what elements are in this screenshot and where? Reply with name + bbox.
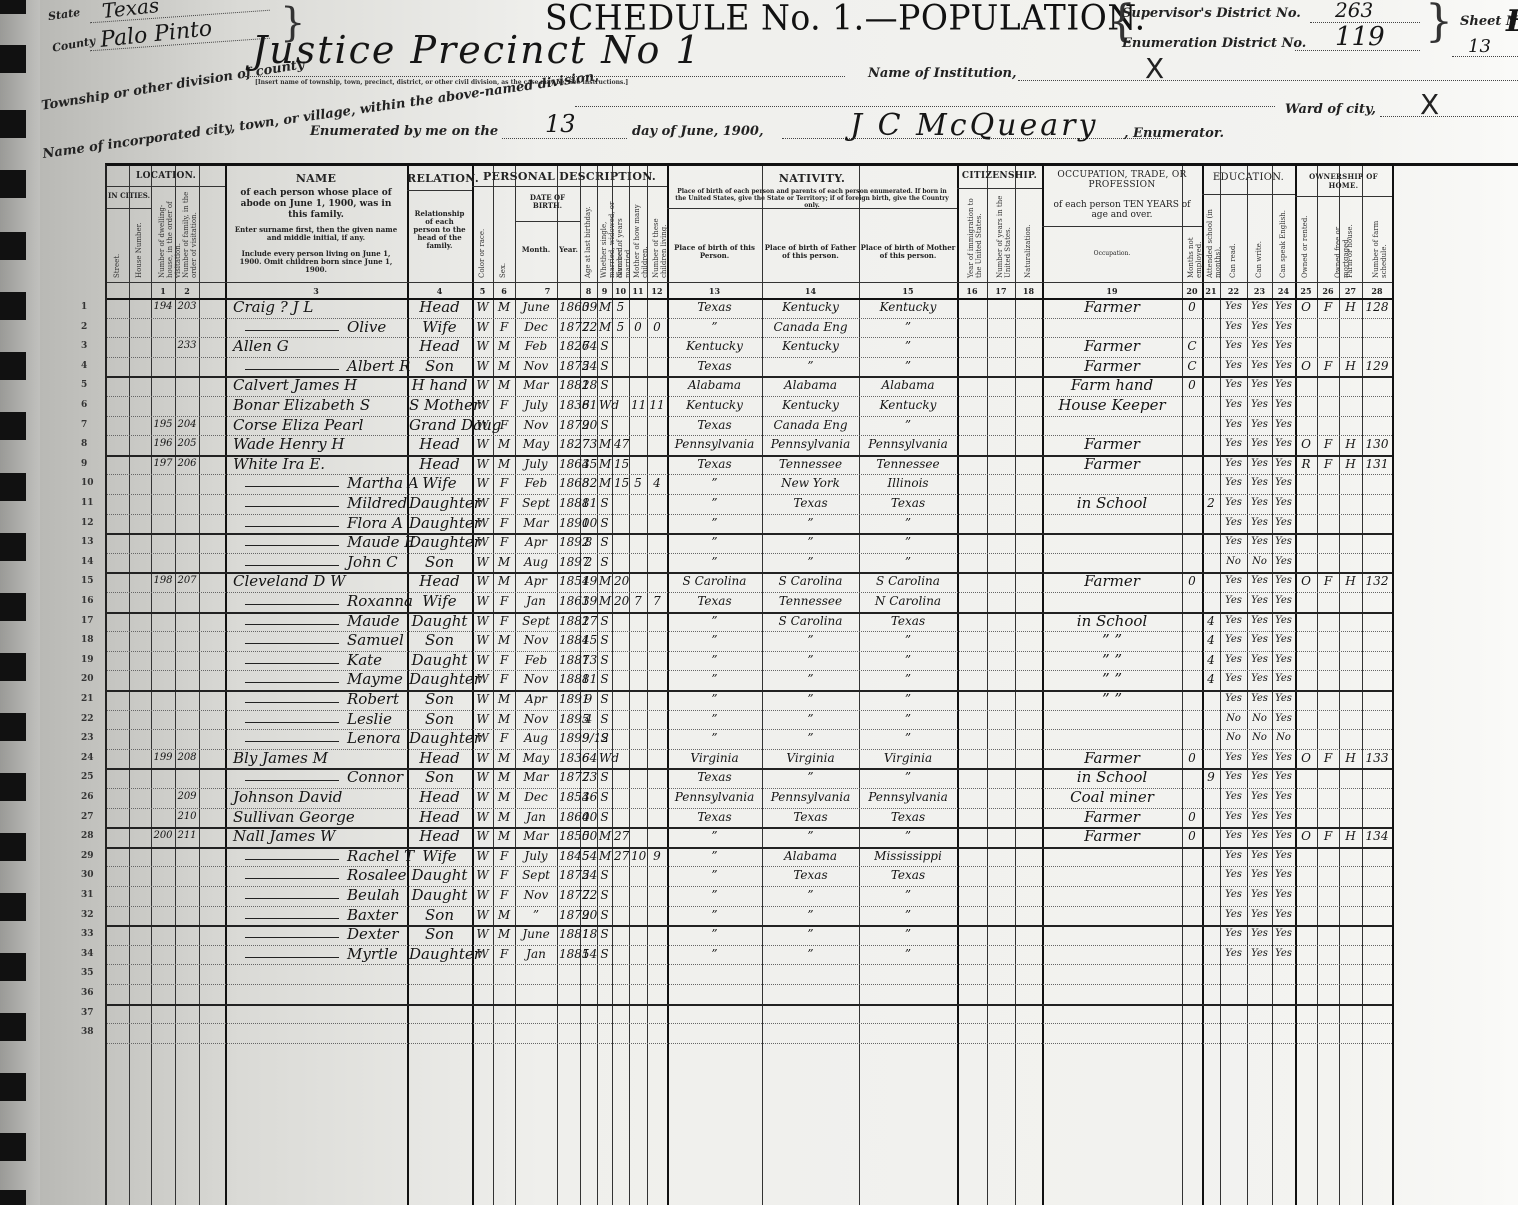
house-number-header: House Number. xyxy=(135,212,143,278)
birthplace-mother: Texas xyxy=(861,493,955,513)
sex: F xyxy=(495,650,513,670)
can-read: Yes xyxy=(1222,885,1245,905)
sprocket-hole xyxy=(0,45,26,73)
line-number: 10 xyxy=(81,478,94,488)
birthplace-mother: Alabama xyxy=(861,375,955,395)
birthplace-father: Canada Eng xyxy=(764,317,857,337)
color-race: W xyxy=(474,571,491,591)
nativity-header: NATIVITY. xyxy=(667,172,957,185)
occupation: Coal miner xyxy=(1044,787,1180,807)
color-race: W xyxy=(474,336,491,356)
ward-value: X xyxy=(1420,88,1439,121)
age-header: Age at last birthday. xyxy=(584,190,592,278)
can-read: Yes xyxy=(1222,532,1245,552)
owned-or-rented: O xyxy=(1297,356,1315,376)
birthplace-mother: ” xyxy=(861,709,955,729)
ward-line xyxy=(1380,116,1518,117)
birthplace-father: ” xyxy=(764,728,857,748)
age: 74 xyxy=(582,336,595,356)
dwelling-number-header: Number of dwelling-house, in the order o… xyxy=(158,190,182,278)
column-rule xyxy=(1272,166,1273,1205)
can-write: Yes xyxy=(1249,356,1270,376)
county-label: County xyxy=(51,34,96,54)
person-name: Beulah xyxy=(347,885,405,905)
line-number: 19 xyxy=(81,655,94,665)
can-write: Yes xyxy=(1249,473,1270,493)
column-number: 12 xyxy=(647,286,667,296)
can-read: Yes xyxy=(1222,493,1245,513)
relationship: Son xyxy=(409,709,470,729)
family-number: 203 xyxy=(177,297,197,317)
marital-status: S xyxy=(599,669,610,689)
can-write: Yes xyxy=(1249,317,1270,337)
column-number: 6 xyxy=(493,286,515,296)
birth-year: 1895 xyxy=(559,709,578,729)
age: 8 xyxy=(582,532,595,552)
group-rule xyxy=(1042,226,1202,227)
school-months: 2 xyxy=(1204,493,1218,513)
farm-or-house: H xyxy=(1341,297,1360,317)
birthplace-father: Tennessee xyxy=(764,591,857,611)
birth-year: 1860 xyxy=(559,297,578,317)
ditto-surname-dash xyxy=(245,369,339,370)
sprocket-hole xyxy=(0,1190,26,1205)
color-race: W xyxy=(474,356,491,376)
birthplace-mother: ” xyxy=(861,924,955,944)
person-name: Maude xyxy=(347,611,405,631)
relationship: Head xyxy=(409,787,470,807)
birthplace-father: Texas xyxy=(764,865,857,885)
person-name: White Ira E. xyxy=(233,454,405,474)
marital-status: S xyxy=(599,552,610,572)
sex: F xyxy=(495,944,513,964)
relationship: S Mother xyxy=(409,395,470,415)
birth-month: Jan xyxy=(517,591,555,611)
birthplace-person: Pennsylvania xyxy=(669,787,760,807)
can-write: Yes xyxy=(1249,591,1270,611)
ditto-surname-dash xyxy=(245,741,339,742)
birthplace-mother: ” xyxy=(861,356,955,376)
can-speak-english: Yes xyxy=(1274,571,1293,591)
birth-month: Dec xyxy=(517,317,555,337)
sex: F xyxy=(495,415,513,435)
can-read: Yes xyxy=(1222,415,1245,435)
age: 18 xyxy=(582,924,595,944)
birthplace-mother: ” xyxy=(861,767,955,787)
sprocket-hole xyxy=(0,232,26,260)
occupation: ” ” xyxy=(1044,650,1180,670)
column-rule xyxy=(1220,166,1221,1205)
farm-schedule-number: 131 xyxy=(1364,454,1390,474)
sex: F xyxy=(495,532,513,552)
can-read: No xyxy=(1222,552,1245,572)
school-months: 9 xyxy=(1204,767,1218,787)
birthplace-person: Virginia xyxy=(669,748,760,768)
birthplace-father: ” xyxy=(764,552,857,572)
column-rule xyxy=(1247,166,1248,1205)
can-speak-english: Yes xyxy=(1274,865,1293,885)
sprocket-hole xyxy=(0,1013,26,1041)
column-rule xyxy=(859,166,860,1205)
person-name: Flora A xyxy=(347,513,405,533)
birth-month: Nov xyxy=(517,356,555,376)
can-speak-english: Yes xyxy=(1274,317,1293,337)
can-read: Yes xyxy=(1222,513,1245,533)
in-cities-header: IN CITIES. xyxy=(107,192,151,200)
ed-value: 119 xyxy=(1335,22,1385,52)
can-read: Yes xyxy=(1222,807,1245,827)
children-born: 10 xyxy=(631,846,645,866)
birth-month: July xyxy=(517,846,555,866)
sex: F xyxy=(495,885,513,905)
age: 18 xyxy=(582,375,595,395)
color-race: W xyxy=(474,924,491,944)
column-rule xyxy=(612,166,613,1205)
column-number: 18 xyxy=(1015,286,1042,296)
birthplace-person: Texas xyxy=(669,356,760,376)
person-name: Baxter xyxy=(347,905,405,925)
sex: M xyxy=(495,336,513,356)
age: 4 xyxy=(582,709,595,729)
birthplace-father: ” xyxy=(764,669,857,689)
school-months: 4 xyxy=(1204,611,1218,631)
age: 39 xyxy=(582,591,595,611)
birth-month: Apr xyxy=(517,532,555,552)
column-rule xyxy=(647,166,648,1205)
birthplace-person: ” xyxy=(669,689,760,709)
ditto-surname-dash xyxy=(245,898,339,899)
birth-month: ” xyxy=(517,905,555,925)
sex: M xyxy=(495,552,513,572)
color-header: Color or race. xyxy=(478,196,486,278)
birthplace-person: Pennsylvania xyxy=(669,434,760,454)
marital-status: S xyxy=(599,689,610,709)
birth-year: 1882 xyxy=(559,375,578,395)
birth-month: Nov xyxy=(517,885,555,905)
months-not-employed-header: Months not employed. xyxy=(1187,230,1203,278)
birth-year: 1892 xyxy=(559,532,578,552)
occupation: in School xyxy=(1044,611,1180,631)
can-write: Yes xyxy=(1249,513,1270,533)
line-number: 21 xyxy=(81,694,94,704)
can-read: Yes xyxy=(1222,473,1245,493)
can-read: Yes xyxy=(1222,748,1245,768)
years-married: 27 xyxy=(614,826,627,846)
line-number: 20 xyxy=(81,674,94,684)
farm-schedule-number: 128 xyxy=(1364,297,1390,317)
line-number: 27 xyxy=(81,812,94,822)
can-read: Yes xyxy=(1222,356,1245,376)
line-number: 28 xyxy=(81,831,94,841)
dwelling-number: 196 xyxy=(153,434,173,454)
relationship: Head xyxy=(409,748,470,768)
birthplace-mother: ” xyxy=(861,689,955,709)
line-number: 37 xyxy=(81,1008,94,1018)
can-read: Yes xyxy=(1222,787,1245,807)
color-race: W xyxy=(474,905,491,925)
ditto-surname-dash xyxy=(245,663,339,664)
can-speak-english: Yes xyxy=(1274,473,1293,493)
can-write: Yes xyxy=(1249,807,1270,827)
person-name: Cleveland D W xyxy=(233,571,405,591)
can-read: Yes xyxy=(1222,767,1245,787)
can-read: Yes xyxy=(1222,434,1245,454)
family-number: 209 xyxy=(177,787,197,807)
relationship: Head xyxy=(409,434,470,454)
person-name: John C xyxy=(347,552,405,572)
farm-or-house: H xyxy=(1341,571,1360,591)
birthplace-father: ” xyxy=(764,532,857,552)
years-in-us-header: Number of years in the United States. xyxy=(996,192,1012,278)
dwelling-number: 195 xyxy=(153,415,173,435)
person-name: Samuel xyxy=(347,630,405,650)
marital-status: S xyxy=(599,787,610,807)
birthplace-person: ” xyxy=(669,513,760,533)
column-rule xyxy=(1392,166,1394,1205)
age: 35 xyxy=(582,454,595,474)
birthplace-mother: ” xyxy=(861,826,955,846)
person-name: Nall James W xyxy=(233,826,405,846)
line-number: 18 xyxy=(81,635,94,645)
color-race: W xyxy=(474,709,491,729)
column-rule xyxy=(557,166,558,1205)
owned-or-rented: R xyxy=(1297,454,1315,474)
birthplace-father: ” xyxy=(764,709,857,729)
column-rule xyxy=(1317,166,1318,1205)
ditto-surname-dash xyxy=(245,878,339,879)
personal-description-header: PERSONAL DESCRIPTION. xyxy=(472,170,667,183)
relationship: Grand Daug xyxy=(409,415,470,435)
children-living: 9 xyxy=(649,846,665,866)
can-speak-english: Yes xyxy=(1274,336,1293,356)
ownership-header: OWNERSHIP OF HOME. xyxy=(1295,172,1392,190)
birth-month: Mar xyxy=(517,826,555,846)
line-number: 23 xyxy=(81,733,94,743)
birth-year: 1875 xyxy=(559,356,578,376)
birthplace-father: ” xyxy=(764,650,857,670)
can-write: Yes xyxy=(1249,297,1270,317)
can-speak-english: Yes xyxy=(1274,826,1293,846)
sex: F xyxy=(495,611,513,631)
children-living: 7 xyxy=(649,591,665,611)
years-married: 20 xyxy=(614,591,627,611)
birthplace-father: Alabama xyxy=(764,846,857,866)
ditto-surname-dash xyxy=(245,545,339,546)
children-born: 5 xyxy=(631,473,645,493)
column-number-rule xyxy=(107,282,1392,283)
birth-year: 1877 xyxy=(559,317,578,337)
can-read: Yes xyxy=(1222,689,1245,709)
can-read: Yes xyxy=(1222,317,1245,337)
color-race: W xyxy=(474,767,491,787)
institution-label: Name of Institution, xyxy=(868,66,1017,81)
can-read: Yes xyxy=(1222,336,1245,356)
line-number: 25 xyxy=(81,772,94,782)
age: 20 xyxy=(582,905,595,925)
column-rule xyxy=(175,166,176,1205)
line-number: 16 xyxy=(81,596,94,606)
birthplace-person: ” xyxy=(669,924,760,944)
birthplace-person: ” xyxy=(669,905,760,925)
enumerator-label: , Enumerator. xyxy=(1124,126,1224,141)
owned-or-rented: O xyxy=(1297,297,1315,317)
marital-status: M xyxy=(599,454,610,474)
can-read: Yes xyxy=(1222,826,1245,846)
relationship: Wife xyxy=(409,317,470,337)
can-write: Yes xyxy=(1249,493,1270,513)
person-name: Dexter xyxy=(347,924,405,944)
can-speak-english: Yes xyxy=(1274,552,1293,572)
sex: M xyxy=(495,454,513,474)
attended-school-header: Attended school (in months). xyxy=(1206,198,1222,278)
can-speak-english-header: Can speak English. xyxy=(1279,198,1287,278)
can-write: No xyxy=(1249,728,1270,748)
can-write: Yes xyxy=(1249,689,1270,709)
birthplace-father: Alabama xyxy=(764,375,857,395)
years-married: 27 xyxy=(614,846,627,866)
birthplace-person: ” xyxy=(669,669,760,689)
ditto-surname-dash xyxy=(245,937,339,938)
birth-month: Feb xyxy=(517,650,555,670)
birthplace-father: Pennsylvania xyxy=(764,787,857,807)
children-born: 11 xyxy=(631,395,645,415)
birthplace-person: Kentucky xyxy=(669,336,760,356)
can-speak-english: Yes xyxy=(1274,454,1293,474)
school-months: 4 xyxy=(1204,650,1218,670)
birthplace-father: ” xyxy=(764,885,857,905)
birth-month: Aug xyxy=(517,728,555,748)
relationship: Daughter xyxy=(409,669,470,689)
children-living: 0 xyxy=(649,317,665,337)
birth-year: 1881 xyxy=(559,924,578,944)
sex: M xyxy=(495,826,513,846)
line-number: 34 xyxy=(81,949,94,959)
can-write: Yes xyxy=(1249,630,1270,650)
person-name: Johnson David xyxy=(233,787,405,807)
sprocket-hole xyxy=(0,833,26,861)
column-number: 19 xyxy=(1042,286,1182,296)
color-race: W xyxy=(474,434,491,454)
sex: F xyxy=(495,473,513,493)
children-living-header: Number of these children living. xyxy=(652,190,668,278)
column-rule xyxy=(1362,166,1363,1205)
birth-month: Dec xyxy=(517,787,555,807)
enumerated-prefix: Enumerated by me on the xyxy=(310,124,498,139)
birth-year: 1864 xyxy=(559,454,578,474)
can-write: Yes xyxy=(1249,826,1270,846)
age: 14 xyxy=(582,944,595,964)
column-rule xyxy=(957,166,959,1205)
marital-status: Wd xyxy=(599,395,610,415)
sex: M xyxy=(495,767,513,787)
month-header: Month. xyxy=(515,246,557,254)
column-number: 9 xyxy=(597,286,612,296)
birthplace-mother: ” xyxy=(861,317,955,337)
marital-status: M xyxy=(599,591,610,611)
years-married: 20 xyxy=(614,571,627,591)
population-table: LOCATION.IN CITIES.NAMEof each person wh… xyxy=(105,163,1518,1205)
relationship: Daught xyxy=(409,611,470,631)
can-speak-english: Yes xyxy=(1274,924,1293,944)
column-number: 27 xyxy=(1339,286,1362,296)
color-race: W xyxy=(474,669,491,689)
farm-or-house: H xyxy=(1341,434,1360,454)
can-read: No xyxy=(1222,728,1245,748)
children-living: 4 xyxy=(649,473,665,493)
line-number: 31 xyxy=(81,890,94,900)
sprocket-hole xyxy=(0,412,26,440)
person-name: Robert xyxy=(347,689,405,709)
marital-status: S xyxy=(599,885,610,905)
birth-month: May xyxy=(517,434,555,454)
enumerated-day-line xyxy=(502,138,627,139)
column-number: 4 xyxy=(407,286,472,296)
ward-label: Ward of city, xyxy=(1285,102,1376,117)
birth-month: May xyxy=(517,748,555,768)
line-number: 3 xyxy=(81,341,87,351)
can-read: Yes xyxy=(1222,944,1245,964)
sprocket-hole xyxy=(0,533,26,561)
column-rule xyxy=(1295,166,1297,1205)
birth-year: 1891 xyxy=(559,689,578,709)
marital-status: M xyxy=(599,317,610,337)
birthplace-mother: ” xyxy=(861,513,955,533)
ed-label: Enumeration District No. xyxy=(1122,36,1306,51)
line-number: 15 xyxy=(81,576,94,586)
ditto-surname-dash xyxy=(245,643,339,644)
column-number: 25 xyxy=(1295,286,1317,296)
farm-or-house: H xyxy=(1341,748,1360,768)
column-number: 14 xyxy=(762,286,859,296)
can-write: Yes xyxy=(1249,924,1270,944)
birth-year: 1853 xyxy=(559,787,578,807)
months-not-employed: 0 xyxy=(1184,807,1200,827)
supervisor-label: Supervisor's District No. xyxy=(1122,6,1301,21)
column-rule xyxy=(1339,166,1340,1205)
age: 22 xyxy=(582,317,595,337)
birthplace-person: ” xyxy=(669,532,760,552)
birth-month: Nov xyxy=(517,669,555,689)
occupation: Farm hand xyxy=(1044,375,1180,395)
birth-year: 1860 xyxy=(559,807,578,827)
birthplace-father: Kentucky xyxy=(764,297,857,317)
relationship: Daught xyxy=(409,865,470,885)
occupation: House Keeper xyxy=(1044,395,1180,415)
occupation: Farmer xyxy=(1044,807,1180,827)
farm-schedule-header: Number of farm schedule. xyxy=(1372,200,1388,278)
group-rule xyxy=(1295,196,1392,197)
sex: M xyxy=(495,905,513,925)
age: 40 xyxy=(582,807,595,827)
dwelling-number: 194 xyxy=(153,297,173,317)
line-number: 6 xyxy=(81,400,87,410)
family-number: 204 xyxy=(177,415,197,435)
birth-year: 1899 xyxy=(559,728,578,748)
color-race: W xyxy=(474,591,491,611)
marital-status: S xyxy=(599,630,610,650)
family-number: 210 xyxy=(177,807,197,827)
sex: M xyxy=(495,787,513,807)
can-write: No xyxy=(1249,552,1270,572)
dwelling-number: 200 xyxy=(153,826,173,846)
family-number: 211 xyxy=(177,826,197,846)
occupation: Farmer xyxy=(1044,826,1180,846)
relationship: Daught xyxy=(409,650,470,670)
occupation: Farmer xyxy=(1044,297,1180,317)
family-number: 206 xyxy=(177,454,197,474)
dwelling-number: 197 xyxy=(153,454,173,474)
occupation: Farmer xyxy=(1044,336,1180,356)
